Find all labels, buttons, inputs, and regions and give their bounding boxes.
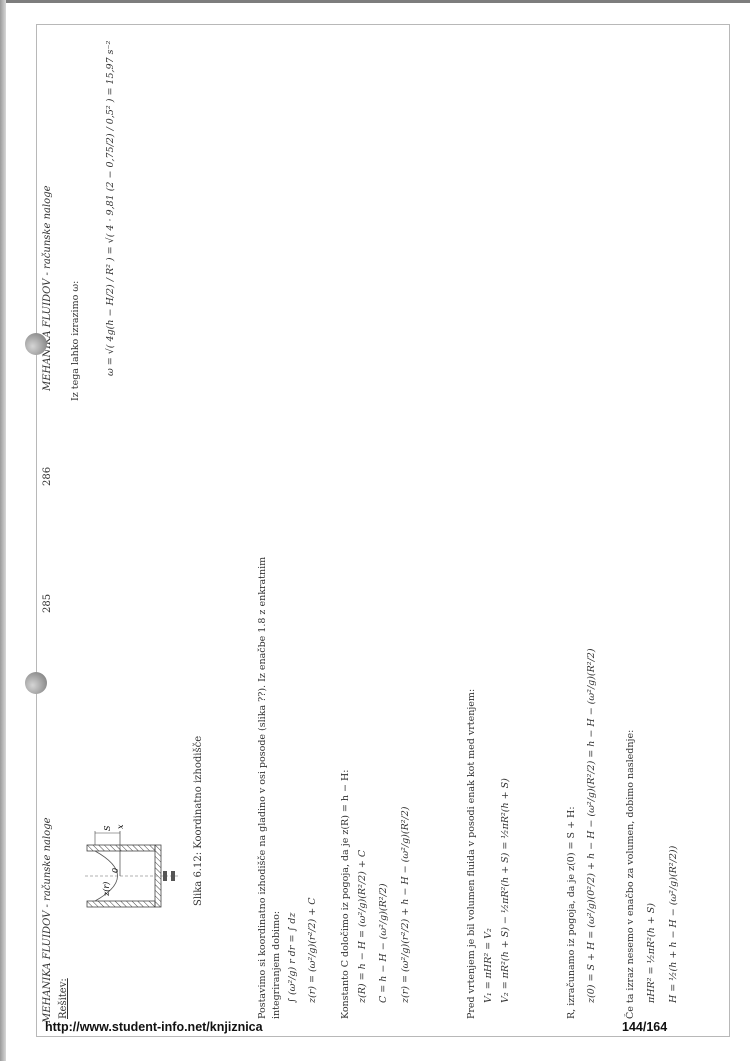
punch-hole-left (25, 672, 47, 694)
left-page-number: 285 (42, 594, 53, 613)
figure-container-diagram: 0 x S z(r) R (85, 761, 185, 911)
section-heading: Rešitev: (58, 978, 69, 1019)
svg-text:0: 0 (111, 868, 120, 873)
page-counter: 144/164 (622, 1020, 667, 1034)
right-page-number: 286 (42, 467, 53, 486)
source-url[interactable]: http://www.student-info.net/knjiznica (45, 1020, 263, 1034)
svg-text:S: S (103, 825, 112, 831)
equation-z-of-R: z(R) = h − H = (ω²/g)(R²/2) + C (357, 850, 368, 1003)
svg-text:x: x (116, 824, 125, 829)
equation-omega: ω = √( 4g(h − H/2) / R² ) = √( 4 · 9,81 … (105, 41, 116, 376)
svg-text:z(r): z(r) (102, 882, 111, 897)
equation-integral: ∫ (ω²/g) r dr = ∫ dz (287, 913, 298, 1003)
equation-z-of-r: z(r) = (ω²/g)(r²/2) + C (307, 898, 318, 1003)
figure-caption: Slika 6.12: Koordinatno izhodišče (193, 736, 204, 906)
equation-C: C = h − H − (ω²/g)(R²/2) (378, 883, 389, 1003)
equation-V2: V₂ = πR²(h + S) − ½πR²(h + S) = ½πR²(h +… (500, 778, 511, 1003)
paragraph-volume: Pred vrtenjem je bil volumen fluida v po… (466, 689, 477, 1019)
equation-V1: V₁ = πHR² = V₂ (483, 928, 494, 1003)
equation-z-of-r-full: z(r) = (ω²/g)(r²/2) + h − H − (ω²/g)(R²/… (400, 807, 411, 1004)
paragraph-substitution: Če ta izraz nesemo v enačbo za volumen, … (625, 730, 636, 1019)
rotated-book-spread: MEHANIKA FLUIDOV - računske naloge 285 R… (0, 0, 750, 1061)
equation-H: H = ½(h + h − H − (ω²/g)(R²/2)) (668, 846, 679, 1003)
equation-volume-balance: πHR² = ½πR²(h + S) (646, 903, 657, 1003)
punch-hole-right (25, 333, 47, 355)
paragraph-constant: Konstanto C določimo iz pogoja, da je z(… (340, 769, 351, 1019)
right-running-header: MEHANIKA FLUIDOV - računske naloge (42, 185, 53, 391)
paragraph-express-omega: Iz tega lahko izrazimo ω: (70, 281, 81, 401)
paragraph-integration: integriranjem dobimo: (271, 911, 282, 1019)
paragraph-intro: Postavimo si koordinatno izhodišče na gl… (257, 557, 268, 1019)
equation-z-of-0: z(0) = S + H = (ω²/g)(0²/2) + h − H − (ω… (586, 648, 597, 1003)
paragraph-R: R, izračunamo iz pogoja, da je z(0) = S … (566, 806, 577, 1019)
left-running-header: MEHANIKA FLUIDOV - računske naloge (42, 817, 53, 1023)
